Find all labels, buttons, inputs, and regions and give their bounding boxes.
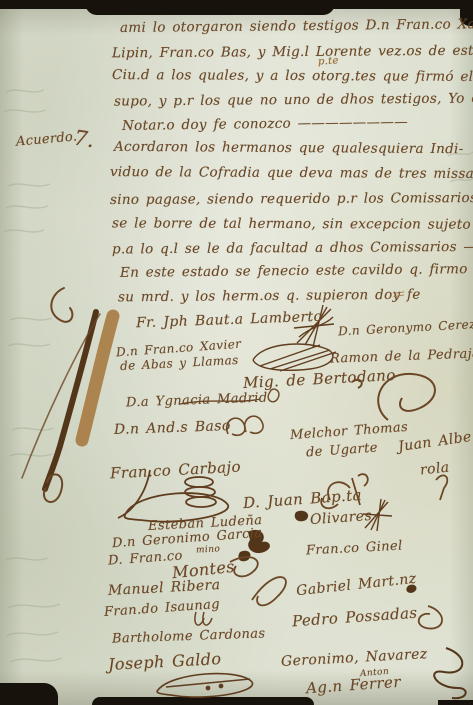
body-line-4: supo, y p.r los que no uno de dhos testi…: [114, 90, 473, 109]
signature-lamberto: Fr. Jph Baut.a Lamberto: [136, 309, 323, 331]
signature-olivares: Olivares: [310, 508, 373, 528]
body-line-1: ami lo otorgaron siendo testigos D.n Fra…: [120, 16, 473, 36]
body-line-12: su mrd. y los herm.os q. supieron doy fe: [118, 287, 421, 306]
signature-ribera: Manuel Ribera: [108, 577, 221, 599]
body-line-8: sino pagase, siendo requerido p.r los Co…: [110, 190, 473, 208]
signature-navarez: Geronimo, Navarez: [281, 646, 428, 670]
scan-edge-bottom-left: [0, 683, 58, 705]
rubric-baso: [227, 416, 263, 435]
signature-cerezuela: D.n Geronymo Cerezuela: [338, 316, 473, 339]
signature-pedraja: Ramon de la Pedraja: [330, 346, 473, 366]
body-line-11: En este estado se fenecio este cavildo q…: [120, 261, 468, 281]
body-line-3: Ciu.d a los quales, y a los otorg.tes qu…: [112, 67, 473, 85]
signature-baso: D.n And.s Baso: [114, 418, 231, 438]
signature-alberola-line2: rola: [419, 459, 450, 478]
signature-galdo: Joseph Galdo: [108, 649, 222, 674]
rubric-possadas: [419, 606, 442, 629]
interlinear-insert: p.te: [318, 55, 339, 67]
signature-bertodano: Mig. de Bertodano: [243, 366, 396, 392]
signature-carbajo: Fran.co Carbajo: [110, 458, 242, 483]
scan-edge-bottom: [92, 697, 314, 705]
scan-edge-top-bulge: [85, 0, 335, 15]
signature-ugarte-line1: Melchor Thomas: [290, 420, 409, 443]
signature-alberola-line1: Juan Albe: [397, 429, 472, 455]
rubric-montes-ribera: [230, 557, 286, 605]
signature-ugarte-line2: de Ugarte: [306, 441, 379, 461]
body-line-5: Notar.o doy fe conozco ————————: [122, 114, 408, 134]
rubric-ferrer: [434, 648, 466, 698]
signature-ginel: Fran.co Ginel: [306, 538, 403, 558]
signature-ferrer: Ag.n Ferrer: [305, 673, 401, 698]
signature-possadas: Pedro Possadas: [292, 604, 419, 631]
signature-juan-bap: D. Juan Bap.ta: [243, 486, 363, 512]
margin-note-acuerdo: Acuerdo.: [15, 129, 77, 149]
signature-garcia-mino: mino: [196, 544, 221, 555]
margin-note-flourish: 7.: [72, 126, 96, 153]
rubric-galdo: [157, 674, 252, 697]
large-left-ink-flourish: [22, 288, 113, 502]
body-line-7: viduo de la Cofradia que deva mas de tre…: [110, 164, 473, 182]
rubric-isaunag: [195, 612, 212, 625]
signature-madrid: D.a Ygnacia Madrid: [126, 391, 268, 411]
signature-martinez: Gabriel Mart.nz: [295, 571, 417, 600]
scan-edge-bottom-right: [438, 700, 473, 705]
signature-cardonas: Bartholome Cardonas: [112, 626, 266, 646]
body-line-10: p.a lo q.l se le da facultad a dhos Comi…: [112, 239, 473, 258]
body-line-2: Lipin, Fran.co Bas, y Mig.l Lorente vez.…: [112, 43, 473, 62]
signature-isaunag: Fran.do Isaunag: [104, 597, 221, 620]
manuscript-page: Acuerdo. 7. ami lo otorgaron siendo test…: [0, 0, 473, 705]
body-line-9: se le borre de tal hermano, sin excepcio…: [112, 215, 471, 232]
body-line-6: Acordaron los hermanos que qualesquiera …: [114, 139, 464, 157]
